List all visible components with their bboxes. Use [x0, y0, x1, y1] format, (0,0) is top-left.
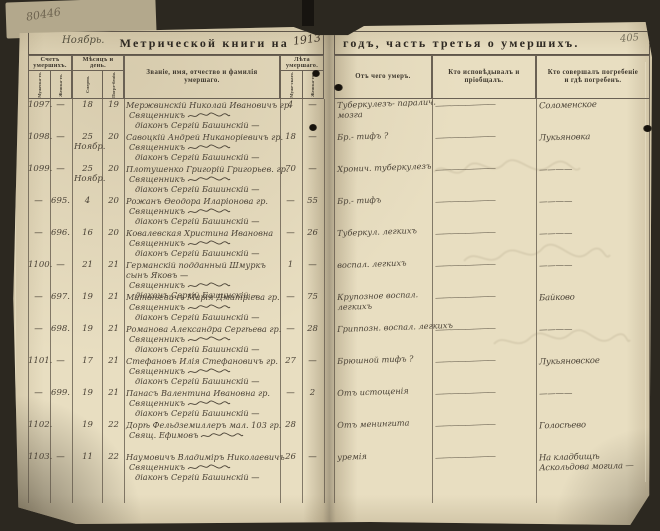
priest-label: Священникъ: [129, 366, 185, 376]
title-box-right: годъ, часть третья о умершихъ.: [334, 31, 650, 55]
entry-age-male: 18: [280, 132, 301, 142]
priest-label: Священникъ: [129, 174, 185, 184]
entry-burial-day: 21: [104, 388, 123, 398]
count-female-cell: Женска-го.: [50, 71, 72, 99]
entry-age-female: 28: [302, 324, 323, 334]
priest-line: Священникъ: [129, 398, 278, 408]
column-header-count: Счетъ умершихъ. Мужеска-го. Женска-го.: [28, 55, 72, 99]
entry-cause-of-death: Хронич. туберкулезъ: [337, 161, 429, 174]
priest-line: Священникъ: [129, 462, 278, 472]
name-line: Рожанъ Ѳеодора Иларіонова гр.: [126, 196, 278, 206]
ink-blot: [334, 84, 343, 91]
priest-label: Священникъ: [129, 280, 185, 290]
entry-number-female: —: [50, 132, 71, 142]
deceased-name: Савоцкій Андрей Никаноріевичъ гр.: [126, 132, 278, 142]
entry-name-block: Романова Александра Сергѣева гр. Священн…: [126, 324, 278, 354]
entry-number-male: 1103.: [28, 452, 49, 462]
deceased-name: Матвѣевичъ Марія Дмитріева гр.: [126, 292, 278, 302]
name-line: Матвѣевичъ Марія Дмитріева гр.: [126, 292, 278, 302]
entry-death-day: 21: [74, 260, 101, 270]
cause-line: Отъ истощенія: [337, 385, 429, 398]
entry-age-male: 28: [280, 420, 301, 430]
entry-number-male: —: [28, 292, 49, 302]
entry-burial-day: 22: [104, 452, 123, 462]
printer-imprint: Кіевъ, тип. Барскаго.: [652, 420, 657, 466]
entry-name-block: Панасъ Валентина Ивановна гр. Священникъ…: [126, 388, 278, 418]
entry-number-male: 1099.: [28, 164, 49, 174]
priest-signature-squiggle: [187, 304, 231, 312]
entry-age-male: —: [280, 292, 301, 302]
name-line: Мержвинскій Николай Ивановичъ гр.: [126, 100, 278, 110]
entry-age-male: —: [280, 388, 301, 398]
priest-signature-squiggle: [187, 144, 231, 152]
handwritten-month-note: Ноябрь.: [62, 35, 105, 46]
ink-blot: [309, 124, 317, 131]
entry-name-block: Матвѣевичъ Марія Дмитріева гр. Священник…: [126, 292, 278, 322]
entry-cause-of-death: Гриппозн. воспал. легкихъ: [337, 321, 429, 334]
entry-confessor-dash: ————————: [435, 98, 533, 111]
entry-burial-place: Соломенское: [539, 99, 647, 112]
name-line: Панасъ Валентина Ивановна гр.: [126, 388, 278, 398]
deceased-name: Плотушенко Григорій Григорьев. гр.: [126, 164, 278, 174]
entry-number-male: 1098.: [28, 132, 49, 142]
name-line: Стефановъ Илія Стефановичъ гр.: [126, 356, 278, 366]
entry-death-day: 16: [74, 228, 101, 238]
priest-label: Священникъ: [129, 302, 185, 312]
priest-signature-squiggle: [187, 240, 231, 248]
register-entry: — 699. 19 21 Панасъ Валентина Ивановна г…: [28, 387, 650, 419]
entry-number-female: 695.: [50, 196, 71, 206]
column-header-date: Мѣсяцъ и день. Смерти. Погре-бенія.: [72, 55, 124, 99]
priest-signature-squiggle: [187, 336, 231, 344]
entry-burial-day: 20: [104, 164, 123, 174]
priest-label: Священникъ: [129, 398, 185, 408]
entry-burial-place: На кладбищѣ Аскольдова могила —: [539, 451, 647, 474]
cause-line: Туберкул. легкихъ: [337, 225, 429, 238]
entry-number-female: —: [50, 452, 71, 462]
bleed-through-writing: [492, 322, 632, 362]
entry-age-female: —: [302, 164, 323, 174]
entry-name-block: Дорѣ Фельдземиллеръ мал. 103 гр. Свящ. Е…: [126, 420, 278, 440]
cause-line: уремія: [337, 449, 429, 462]
entry-death-day: 17: [74, 356, 101, 366]
entry-death-day: 4: [74, 196, 101, 206]
cause-line: воспал. легкихъ: [337, 257, 429, 270]
entry-confessor-dash: ————————: [435, 194, 533, 207]
entry-age-female: 75: [302, 292, 323, 302]
page-title-left: Метрической книги на: [120, 36, 289, 51]
entry-burial-place: Голосѣево: [539, 419, 647, 432]
bleed-through-writing: [462, 237, 612, 277]
deceased-name: Стефановъ Илія Стефановичъ гр.: [126, 356, 278, 366]
entry-burial-day: 22: [104, 420, 123, 430]
priest-line: Священникъ: [129, 238, 278, 248]
entry-burial-day: 21: [104, 260, 123, 270]
cause-line: Брюшной тифъ ?: [337, 353, 429, 366]
deacon-line: діаконъ Сергій Башинскій —: [135, 312, 278, 322]
entry-age-female: 2: [302, 388, 323, 398]
register-entry: 1103. — 11 22 Наумовичъ Владиміръ Никола…: [28, 451, 650, 483]
burial-date-cell: Погре-бенія.: [102, 71, 123, 99]
deacon-line: діаконъ Сергій Башинскій —: [135, 248, 278, 258]
priest-label: Священникъ: [129, 206, 185, 216]
entry-cause-of-death: Отъ истощенія: [337, 385, 429, 398]
column-header-age: Лѣта умершаго. Муже-скаго. Женска-го.: [280, 55, 324, 99]
priest-label: Священникъ: [129, 110, 185, 120]
entry-cause-of-death: Бр.- тифъ ?: [337, 129, 429, 142]
entry-cause-of-death: Бр.- тифъ: [337, 193, 429, 206]
name-line: Германскій подданный Шмуркъ: [126, 260, 278, 270]
cause-line: легкихъ: [337, 299, 429, 312]
priest-line: Священникъ: [129, 174, 278, 184]
priest-line: Священникъ: [129, 280, 278, 290]
deacon-line: діаконъ Сергій Башинскій —: [135, 376, 278, 386]
entry-number-male: —: [28, 228, 49, 238]
entry-cause-of-death: Крупозное воспал.легкихъ: [337, 289, 430, 312]
column-header-name: Званіе, имя, отчество и фамилія умершаго…: [124, 55, 280, 99]
deacon-line: діаконъ Сергій Башинскій —: [135, 120, 278, 130]
age-male-cell: Муже-скаго.: [281, 71, 302, 99]
name-line: Дорѣ Фельдземиллеръ мал. 103 гр.: [126, 420, 278, 430]
cause-line: мозга: [337, 107, 429, 120]
entry-cause-of-death: уремія: [337, 449, 429, 462]
entry-burial-day: 20: [104, 132, 123, 142]
deceased-name: Наумовичъ Владиміръ Николаевичъ: [126, 452, 278, 462]
entry-age-male: —: [280, 324, 301, 334]
priest-line: Священникъ: [129, 366, 278, 376]
entry-burial-day: 21: [104, 324, 123, 334]
entry-age-female: 26: [302, 228, 323, 238]
entry-confessor-dash: ————————: [435, 450, 533, 463]
priest-line: Священникъ: [129, 206, 278, 216]
entry-age-male: —: [280, 228, 301, 238]
cause-line: Хронич. туберкулезъ: [337, 161, 429, 174]
entry-age-female: 55: [302, 196, 323, 206]
cause-line: Гриппозн. воспал. легкихъ: [337, 321, 429, 334]
register-entry: 1097. — 18 19 Мержвинскій Николай Иванов…: [28, 99, 650, 131]
priest-signature-squiggle: [187, 368, 231, 376]
entry-death-day: 25 Ноябр.: [74, 132, 101, 152]
count-male-cell: Мужеска-го.: [29, 71, 50, 99]
entry-cause-of-death: Брюшной тифъ ?: [337, 353, 429, 366]
priest-line: Священникъ: [129, 302, 278, 312]
entry-number-male: 1097.: [28, 100, 49, 110]
priest-signature-squiggle: [187, 464, 231, 472]
entry-burial-day: 20: [104, 228, 123, 238]
entry-number-female: —: [50, 356, 71, 366]
priest-label: Священникъ: [129, 462, 185, 472]
entry-confessor-dash: ————————: [435, 290, 533, 303]
entry-number-female: 697.: [50, 292, 71, 302]
cause-line: Бр.- тифъ ?: [337, 129, 429, 142]
ink-blot: [643, 125, 652, 132]
page-number: 405: [620, 32, 640, 45]
entry-number-male: 1101.: [28, 356, 49, 366]
name-line: сынъ Яковъ —: [126, 270, 278, 280]
column-header-burial: Кто совершалъ погребеніе и гдѣ погребенъ…: [536, 55, 650, 99]
deceased-name: Рожанъ Ѳеодора Иларіонова гр.: [126, 196, 278, 206]
priest-line: Священникъ: [129, 142, 278, 152]
column-header-confessor: Кто исповѣдывалъ и пріобщалъ.: [432, 55, 536, 99]
entry-name-block: Мержвинскій Николай Ивановичъ гр. Священ…: [126, 100, 278, 130]
death-date-cell: Смерти.: [73, 71, 102, 99]
deacon-line: діаконъ Сергій Башинскій —: [135, 152, 278, 162]
register-entry: — 697. 19 21 Матвѣевичъ Марія Дмитріева …: [28, 291, 650, 323]
entry-confessor-dash: ————————: [435, 386, 533, 399]
entry-age-female: —: [302, 260, 323, 270]
priest-signature-squiggle: [200, 432, 244, 440]
entry-name-block: Стефановъ Илія Стефановичъ гр. Священник…: [126, 356, 278, 386]
entry-burial-place: ————: [539, 195, 647, 208]
entry-burial-place: Байково: [539, 291, 647, 304]
page-title-right: годъ, часть третья о умершихъ.: [343, 36, 580, 51]
age-female-label: Женска-го.: [310, 74, 315, 97]
entry-number-male: 1100.: [28, 260, 49, 270]
name-line: Ковалевская Христина Ивановна: [126, 228, 278, 238]
entry-age-female: —: [302, 356, 323, 366]
binding-tab: [302, 0, 314, 26]
age-group-label: Лѣта умершаго.: [281, 56, 323, 71]
entry-name-block: Плотушенко Григорій Григорьев. гр. Свяще…: [126, 164, 278, 194]
entry-age-male: 70: [280, 164, 301, 174]
entry-confessor-dash: ————————: [435, 130, 533, 143]
entry-number-male: 1102.: [28, 420, 49, 430]
entry-death-day: 18: [74, 100, 101, 110]
entry-name-block: Наумовичъ Владиміръ Николаевичъ Священни…: [126, 452, 278, 482]
scanned-register-page: 80446 Метрической книги на годъ, часть т…: [0, 0, 660, 531]
entry-age-male: 27: [280, 356, 301, 366]
burial-date-label: Погре-бенія.: [111, 72, 116, 98]
priest-label: Священникъ: [129, 238, 185, 248]
name-line: Плотушенко Григорій Григорьев. гр.: [126, 164, 278, 174]
entry-cause-of-death: воспал. легкихъ: [337, 257, 429, 270]
entry-age-male: 1: [280, 260, 301, 270]
entry-confessor-dash: ————————: [435, 418, 533, 431]
count-group-label: Счетъ умершихъ.: [29, 56, 71, 71]
entry-burial-day: 21: [104, 292, 123, 302]
entry-age-male: 26: [280, 452, 301, 462]
entry-burial-day: 21: [104, 356, 123, 366]
date-group-label: Мѣсяцъ и день.: [73, 56, 123, 71]
priest-line: Священникъ: [129, 110, 278, 120]
entry-age-female: —: [302, 132, 323, 142]
priest-signature-squiggle: [187, 400, 231, 408]
entry-death-day: 25 Ноябр.: [74, 164, 101, 184]
deacon-line: діаконъ Сергій Башинскій —: [135, 184, 278, 194]
entry-name-block: Рожанъ Ѳеодора Иларіонова гр. Священникъ…: [126, 196, 278, 226]
name-line: Романова Александра Сергѣева гр.: [126, 324, 278, 334]
priest-signature-squiggle: [187, 208, 231, 216]
entry-death-day: 19: [74, 420, 101, 430]
entry-number-male: —: [28, 196, 49, 206]
deacon-line: діаконъ Сергій Башинскій —: [135, 472, 278, 482]
deceased-name: Романова Александра Сергѣева гр.: [126, 324, 278, 334]
priest-signature-squiggle: [187, 282, 231, 290]
entry-number-male: —: [28, 388, 49, 398]
entry-number-female: —: [50, 100, 71, 110]
deceased-name: Панасъ Валентина Ивановна гр.: [126, 388, 278, 398]
entry-number-female: —: [50, 164, 71, 174]
entry-age-female: —: [302, 100, 323, 110]
entry-age-male: —: [280, 196, 301, 206]
death-date-label: Смерти.: [85, 76, 90, 93]
entry-burial-place: Лукьяновка: [539, 131, 647, 144]
entry-burial-day: 19: [104, 100, 123, 110]
entry-name-block: Ковалевская Христина Ивановна Священникъ…: [126, 228, 278, 258]
page-stack-edge: [15, 52, 16, 482]
entry-number-female: —: [50, 260, 71, 270]
cause-line: Отъ менингита: [337, 417, 429, 430]
entry-burial-day: 20: [104, 196, 123, 206]
entry-age-female: —: [302, 452, 323, 462]
priest-line: Священникъ: [129, 334, 278, 344]
entry-burial-place: ————: [539, 387, 647, 400]
priest-line: Свящ. Ефимовъ: [129, 430, 278, 440]
entry-cause-of-death: Отъ менингита: [337, 417, 429, 430]
entry-age-male: 4: [280, 100, 301, 110]
ink-blot: [312, 70, 320, 77]
deceased-name: Ковалевская Христина Ивановна: [126, 228, 278, 238]
bleed-through-writing: [432, 152, 582, 192]
entry-number-male: —: [28, 324, 49, 334]
deceased-name: Мержвинскій Николай Ивановичъ гр.: [126, 100, 278, 110]
count-female-label: Женска-го.: [58, 74, 63, 97]
register-entry: 1102. 19 22 Дорѣ Фельдземиллеръ мал. 103…: [28, 419, 650, 451]
book-spread-paper: Метрической книги на годъ, часть третья …: [12, 22, 652, 525]
name-line: Наумовичъ Владиміръ Николаевичъ: [126, 452, 278, 462]
entry-death-day: 19: [74, 292, 101, 302]
deacon-line: діаконъ Сергій Башинскій —: [135, 216, 278, 226]
name-line: Савоцкій Андрей Никаноріевичъ гр.: [126, 132, 278, 142]
entry-cause-of-death: Туберкул. легкихъ: [337, 225, 429, 238]
deceased-name: Германскій подданный Шмуркъсынъ Яковъ —: [126, 260, 278, 280]
priest-label: Свящ. Ефимовъ: [129, 430, 198, 440]
priest-label: Священникъ: [129, 142, 185, 152]
deceased-name: Дорѣ Фельдземиллеръ мал. 103 гр.: [126, 420, 278, 430]
count-male-label: Мужеска-го.: [37, 72, 42, 98]
priest-signature-squiggle: [187, 112, 231, 120]
cause-line: Бр.- тифъ: [337, 193, 429, 206]
entry-death-day: 19: [74, 388, 101, 398]
entry-number-female: 698.: [50, 324, 71, 334]
deacon-line: діаконъ Сергій Башинскій —: [135, 344, 278, 354]
register-entry: — 695. 4 20 Рожанъ Ѳеодора Иларіонова гр…: [28, 195, 650, 227]
priest-label: Священникъ: [129, 334, 185, 344]
entry-name-block: Савоцкій Андрей Никаноріевичъ гр. Священ…: [126, 132, 278, 162]
deacon-line: діаконъ Сергій Башинскій —: [135, 408, 278, 418]
entry-number-female: 699.: [50, 388, 71, 398]
entry-death-day: 19: [74, 324, 101, 334]
column-header-cause: Отъ чего умеръ.: [334, 55, 432, 99]
priest-signature-squiggle: [187, 176, 231, 184]
entry-death-day: 11: [74, 452, 101, 462]
entry-cause-of-death: Туберкулезъ- паралич.мозга: [337, 97, 430, 120]
entry-number-female: 696.: [50, 228, 71, 238]
age-male-label: Муже-скаго.: [289, 72, 294, 98]
